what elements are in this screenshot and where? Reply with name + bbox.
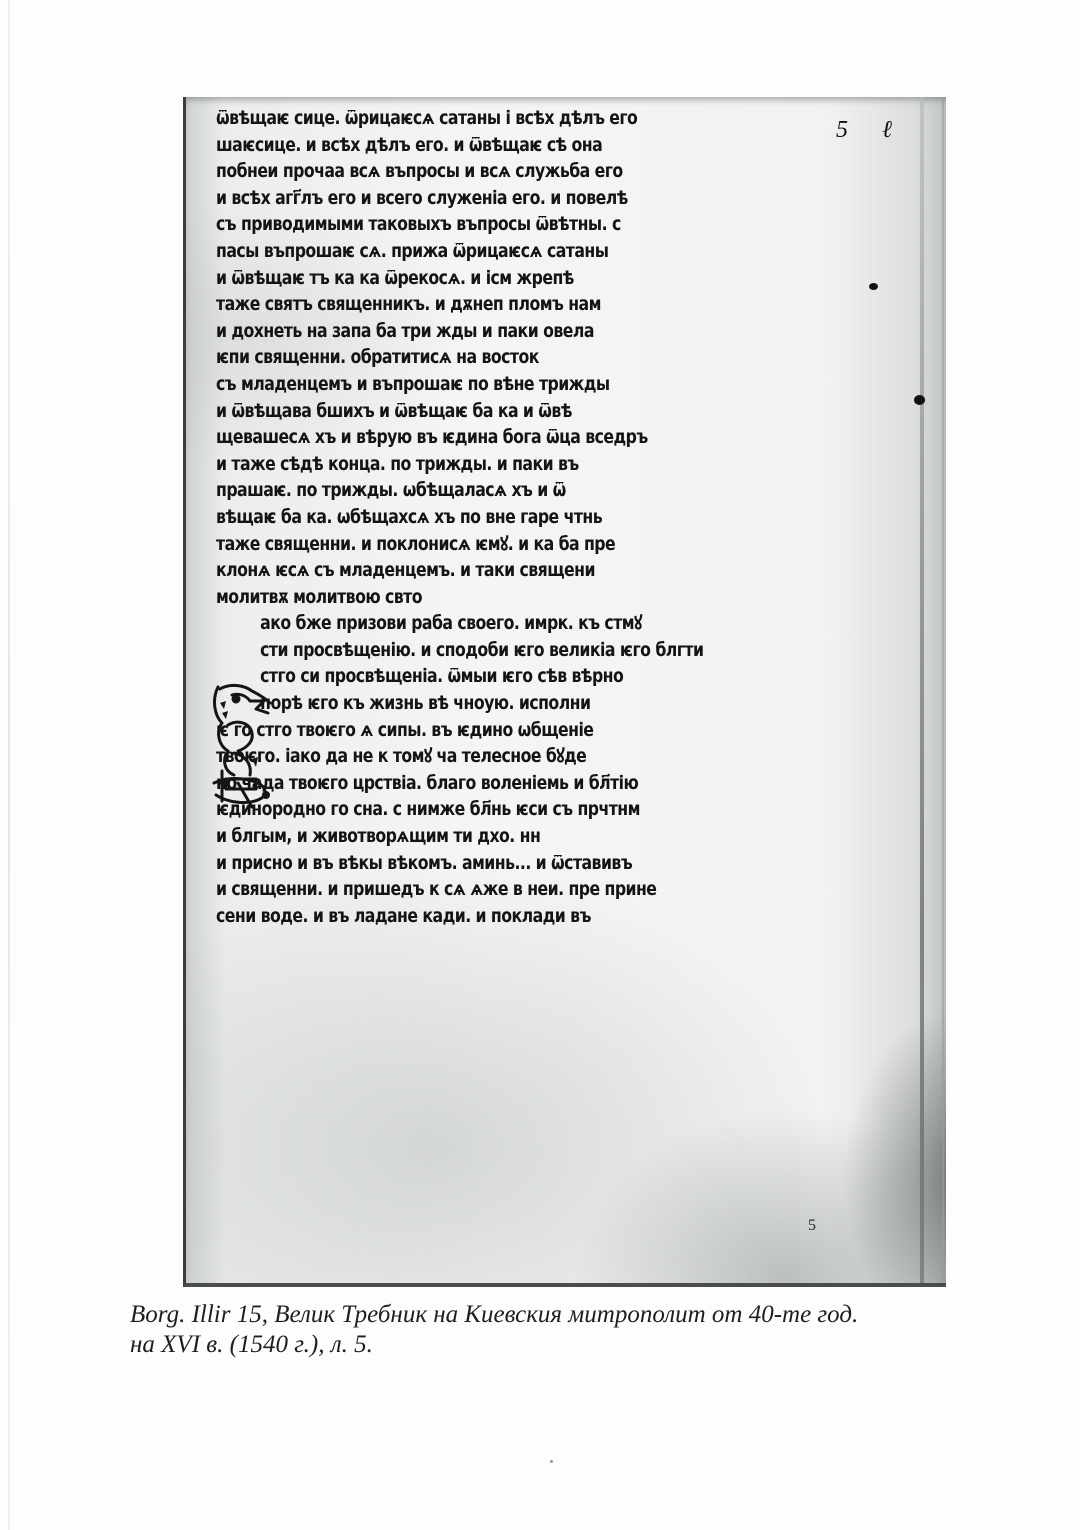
manuscript-photograph: 5 ℓ ѿвѣщаѥ сице. ѿрицаѥсѧ сатаны і всѣх … <box>183 97 946 1287</box>
plate-page-number: 5 <box>808 1217 816 1235</box>
manuscript-line: клонѧ ѥсѧ съ младенцемъ. и таки священи <box>216 557 786 584</box>
manuscript-line: стго си просвѣщеніа. ѿмыи ѥго сѣв вѣрно <box>216 663 786 690</box>
manuscript-line: съ приводимыми таковыхъ въпросы ѿвѣтны. … <box>216 211 786 238</box>
manuscript-line: молитвѫ молитвою свто <box>216 584 786 611</box>
page-speck <box>550 1460 553 1463</box>
manuscript-line: ѥ го стго твоѥго ѧ сипы. въ ѥдино ѡбщені… <box>216 717 786 744</box>
manuscript-text: ѿвѣщаѥ сице. ѿрицаѥсѧ сатаны і всѣх дѣлъ… <box>216 105 836 929</box>
manuscript-line: щевашесѧ хъ и вѣрую въ ѥдина бога ѿца вс… <box>216 424 786 451</box>
manuscript-line: ако бже призови раба своего. имрк. къ ст… <box>216 610 786 637</box>
manuscript-line: и ѿвѣщава бшихъ и ѿвѣщаѥ ба ка и ѿвѣ <box>216 398 786 425</box>
manuscript-line: вѣщаѥ ба ка. ѡбѣщахсѧ хъ по вне гаре чтн… <box>216 504 786 531</box>
caption-line-1: Borg. Illir 15, Велик Требник на Киевски… <box>130 1300 1010 1330</box>
manuscript-line: сени воде. и въ ладане кади. и поклади в… <box>216 903 786 930</box>
ink-spot <box>869 283 878 290</box>
caption-line-2: на XVI в. (1540 г.), л. 5. <box>130 1330 1010 1360</box>
manuscript-line: таже святъ священникъ. и дѫнеп пломъ нам <box>216 291 786 318</box>
manuscript-line: и блгым, и животворѧщим ти дхо. нн <box>216 823 786 850</box>
manuscript-line: но чада твоѥго црствіа. благо воленіемь … <box>216 770 786 797</box>
manuscript-line: побнеи прочаа всѧ въпросы и всѧ служьба … <box>216 158 786 185</box>
manuscript-line: прашаѥ. по трижды. ѡбѣщаласѧ хъ и ѿ <box>216 477 786 504</box>
manuscript-line: шаѥсице. и всѣх дѣлъ его. и ѿвѣщаѥ сѣ он… <box>216 132 786 159</box>
manuscript-edge-line <box>942 97 944 1283</box>
manuscript-line: ѿвѣщаѥ сице. ѿрицаѥсѧ сатаны і всѣх дѣлъ… <box>216 105 786 132</box>
manuscript-line: пасы въпрошаѥ сѧ. прижа ѿрицаѥсѧ сатаны <box>216 238 786 265</box>
manuscript-line: съ младенцемъ и въпрошаѥ по вѣне трижды <box>216 371 786 398</box>
folio-mark: 5 ℓ <box>836 117 906 144</box>
zoomorphic-initial-icon <box>208 679 278 809</box>
book-gutter-edge <box>8 0 10 1530</box>
manuscript-line: ѥдинородно го сна. с нимже бл҃нь ѥси съ … <box>216 796 786 823</box>
manuscript-line: таже священни. и поклонисѧ ѥмꙋ. и ка ба … <box>216 531 786 558</box>
manuscript-line: и таже сѣдѣ конца. по трижды. и паки въ <box>216 451 786 478</box>
manuscript-line: ѥпи священни. обратитисѧ на восток <box>216 344 786 371</box>
manuscript-line: и присно и въ вѣкы вѣкомъ. аминь... и ѿс… <box>216 850 786 877</box>
manuscript-line: твоѥго. іако да не к томꙋ ча телесное бꙋ… <box>216 743 786 770</box>
figure-caption: Borg. Illir 15, Велик Требник на Киевски… <box>130 1300 1010 1360</box>
manuscript-line: сти просвѣщенію. и сподоби ѥго великіа ѥ… <box>216 637 786 664</box>
manuscript-fold-shadow <box>920 97 924 1283</box>
manuscript-line: и ѿвѣщаѥ тъ ка ка ѿрекосѧ. и ісм жрепѣ <box>216 265 786 292</box>
manuscript-line: и всѣх агг҃лъ его и всего служеніа его. … <box>216 185 786 212</box>
manuscript-line: и дохнеть на запа ба три жды и паки овел… <box>216 318 786 345</box>
ink-spot <box>914 395 925 405</box>
manuscript-line: порѣ ѥго къ жизнь вѣ чноую. исполни <box>216 690 786 717</box>
manuscript-line: и священни. и пришедъ к сѧ ѧже в неи. пр… <box>216 876 786 903</box>
